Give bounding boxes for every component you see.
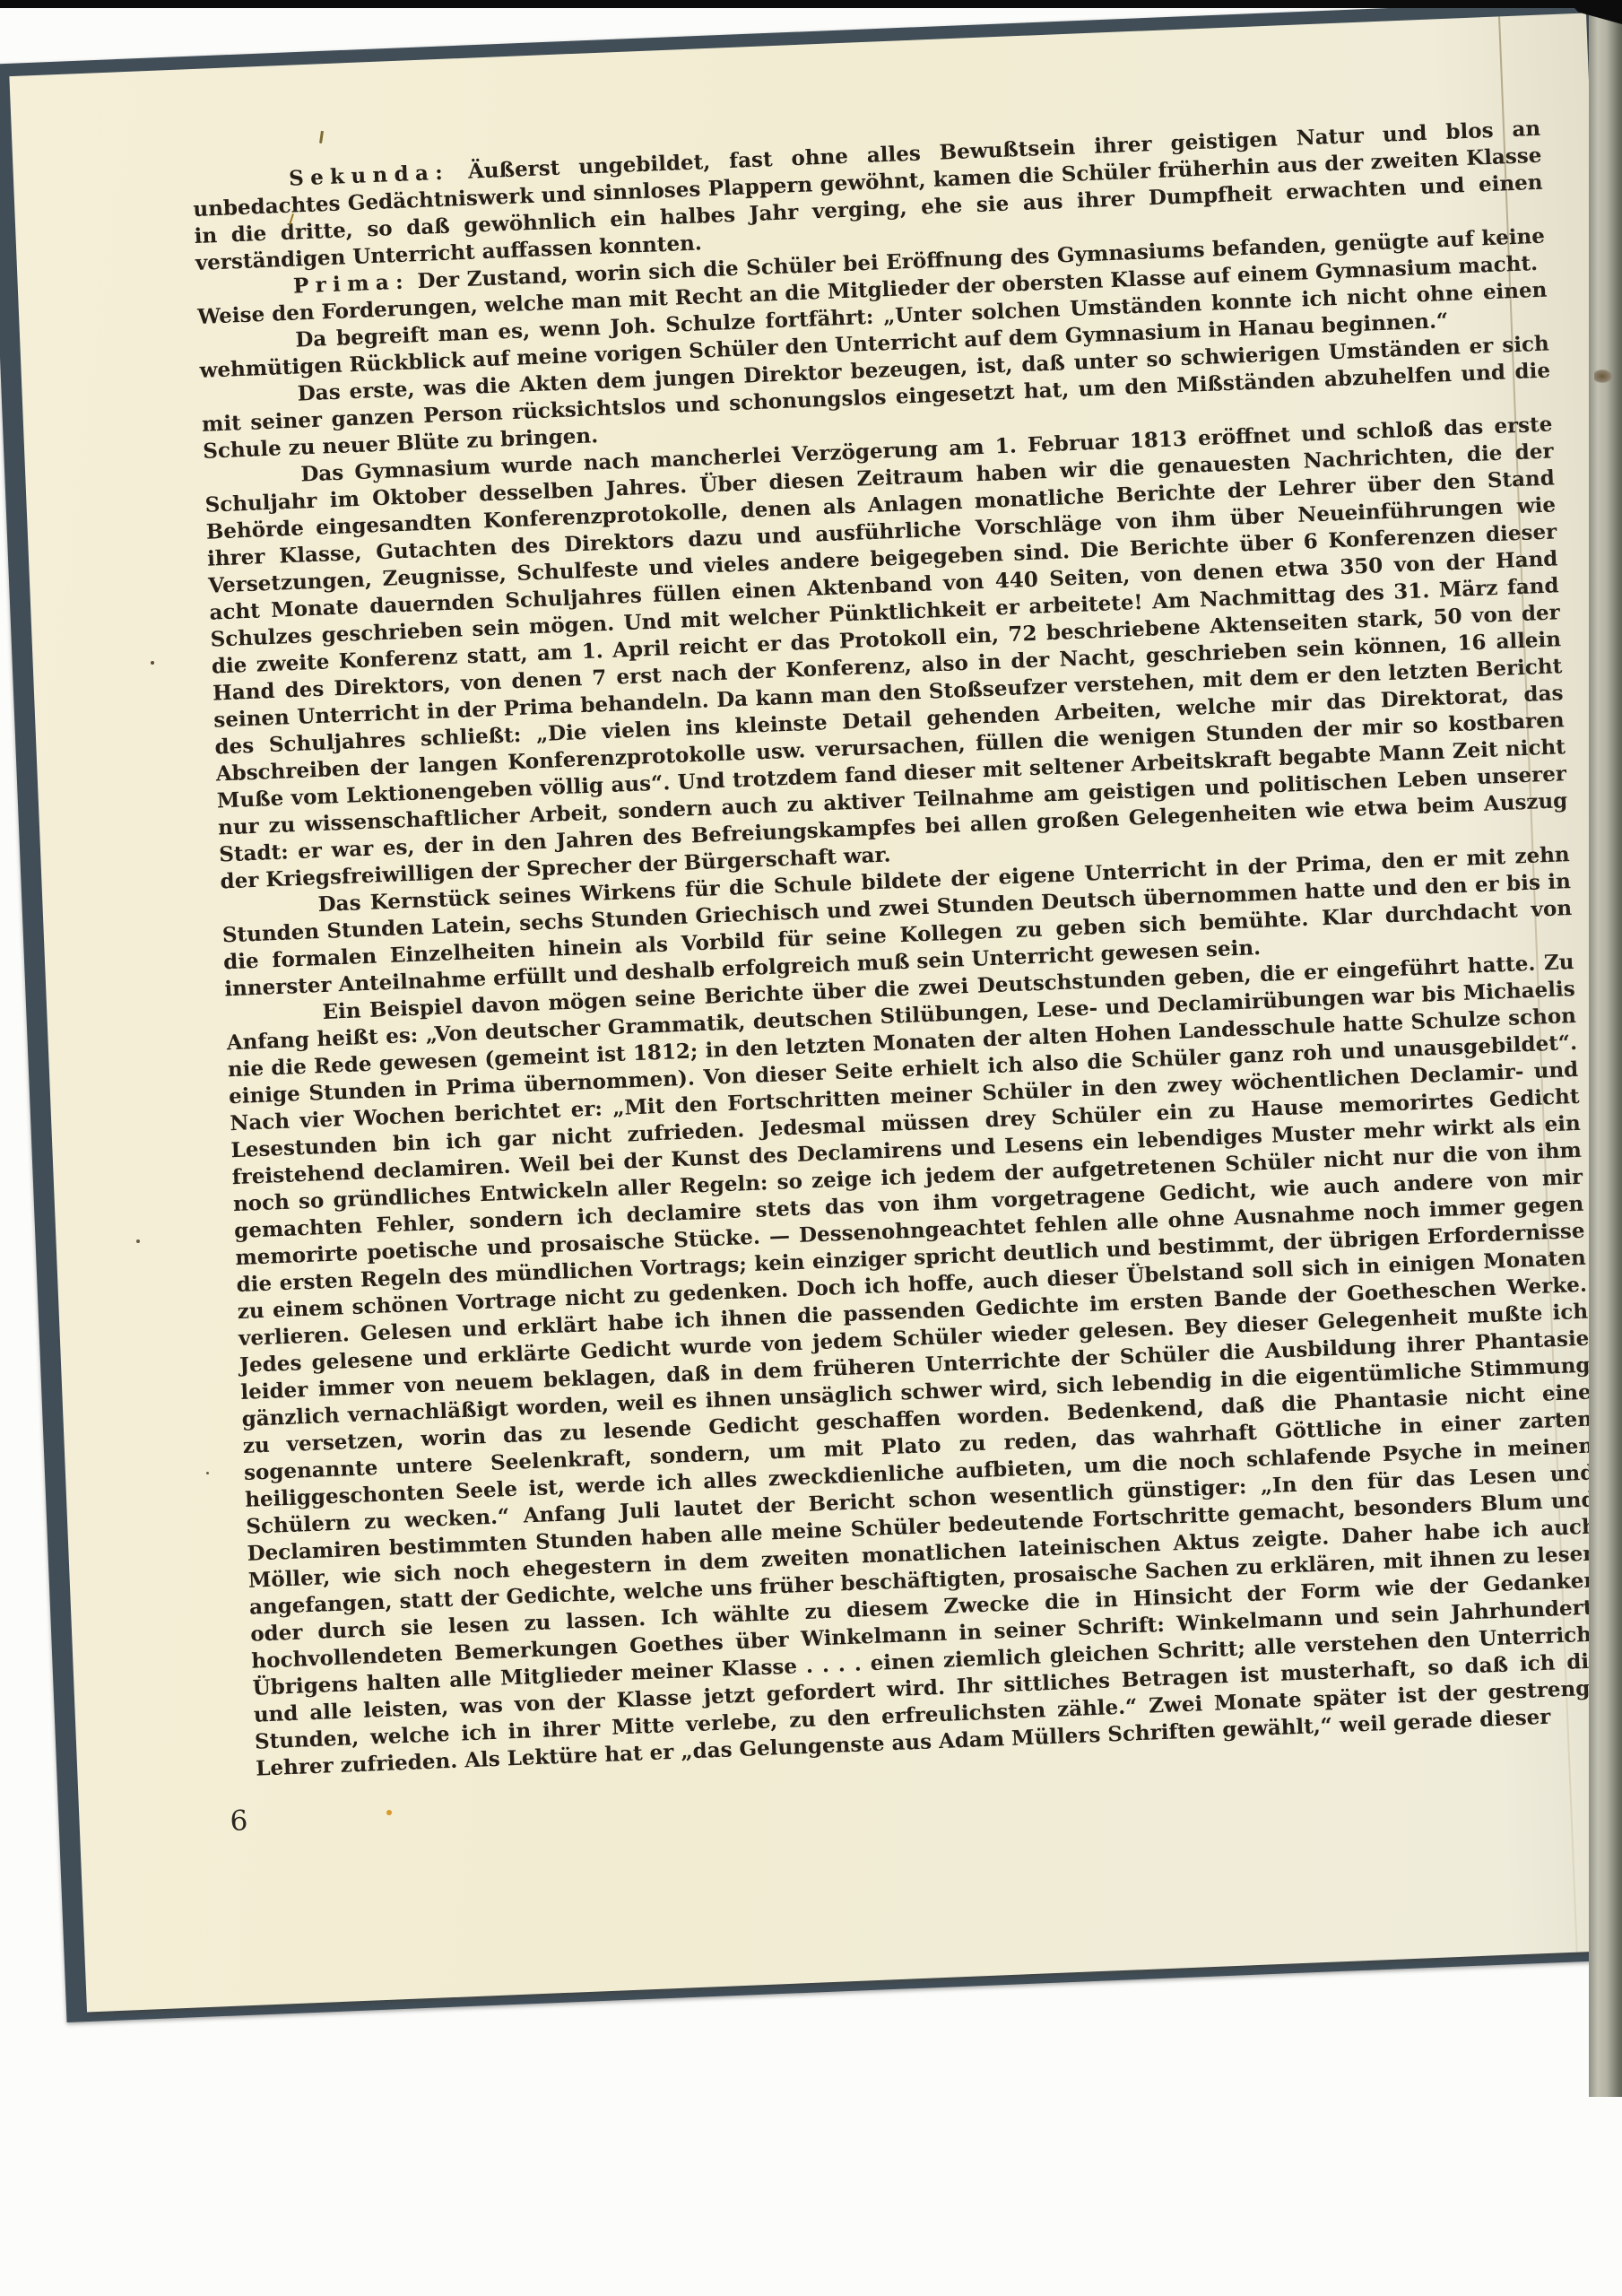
paragraph: Das Gymnasium wurde nach mancherlei Verz… [204, 411, 1569, 895]
paragraph-lead: Prima: [292, 269, 410, 298]
page: Sekunda: Äußerst ungebildet, fast ohne a… [9, 13, 1622, 2013]
binding-thread [1594, 370, 1612, 383]
paragraph-text: Ein Beispiel davon mögen seine Berichte … [226, 950, 1603, 1781]
scanner-edge-bar [0, 0, 1622, 8]
body-text: Sekunda: Äußerst ungebildet, fast ohne a… [192, 116, 1605, 1783]
dust-speck [151, 661, 154, 665]
book-fore-edge [1589, 0, 1622, 2097]
dust-speck [206, 1472, 209, 1474]
dust-speck [386, 1810, 392, 1815]
page-number: 6 [230, 1805, 249, 1838]
paragraph: Ein Beispiel davon mögen seine Berichte … [225, 949, 1605, 1783]
paragraph-lead: Sekunda: [289, 161, 450, 191]
dust-speck [136, 1239, 140, 1243]
scanned-book-page: Sekunda: Äußerst ungebildet, fast ohne a… [0, 0, 1622, 2296]
paragraph-text: Das Gymnasium wurde nach mancherlei Verz… [204, 412, 1568, 893]
